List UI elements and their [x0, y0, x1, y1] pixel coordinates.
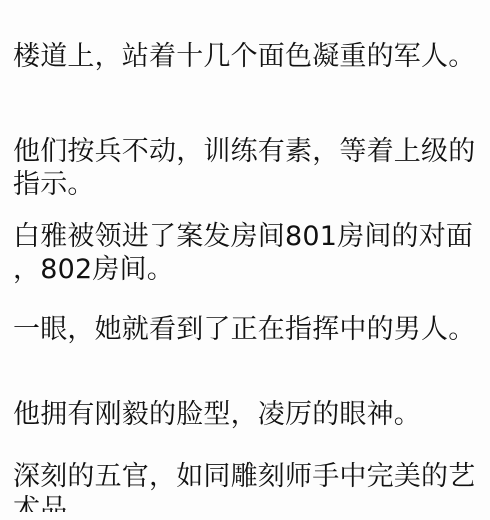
text-line: 楼道上，站着十几个面色凝重的军人。 [13, 40, 482, 73]
text-line: 指示。 [13, 168, 482, 201]
text-line: ，802房间。 [13, 253, 482, 286]
text-line: 他拥有刚毅的脸型，凌厉的眼神。 [13, 398, 482, 431]
paragraph-3: 白雅被领进了案发房间801房间的对面 ，802房间。 [13, 220, 482, 286]
paragraph-2: 他们按兵不动，训练有素，等着上级的 指示。 [13, 135, 482, 201]
text-line: 一眼，她就看到了正在指挥中的男人。 [13, 313, 482, 346]
text-line: 他们按兵不动，训练有素，等着上级的 [13, 135, 482, 168]
paragraph-4: 一眼，她就看到了正在指挥中的男人。 [13, 313, 482, 346]
text-line: 白雅被领进了案发房间801房间的对面 [13, 220, 482, 253]
paragraph-5: 他拥有刚毅的脸型，凌厉的眼神。 [13, 398, 482, 431]
text-line-clipped: 术品 [13, 493, 482, 512]
paragraph-1: 楼道上，站着十几个面色凝重的军人。 [13, 40, 482, 73]
paragraph-6: 深刻的五官，如同雕刻师手中完美的艺 术品 [13, 460, 482, 512]
text-area: 楼道上，站着十几个面色凝重的军人。 他们按兵不动，训练有素，等着上级的 指示。 … [0, 0, 490, 512]
text-line: 深刻的五官，如同雕刻师手中完美的艺 [13, 460, 482, 493]
reader-page: 楼道上，站着十几个面色凝重的军人。 他们按兵不动，训练有素，等着上级的 指示。 … [0, 0, 490, 520]
